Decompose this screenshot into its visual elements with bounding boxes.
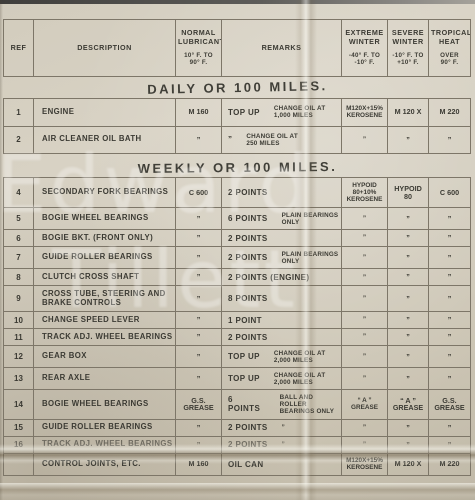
description-cell: TRACK ADJ. WHEEL BEARINGS xyxy=(34,436,176,453)
remark-main: 2 POINTS xyxy=(228,234,268,243)
chart-header-table: REF DESCRIPTION NORMAL LUBRICANT 10° F. … xyxy=(3,19,471,77)
tropical-heat-cell: ” xyxy=(429,286,471,312)
tropical-heat-cell: ” xyxy=(429,329,471,346)
page-top-edge xyxy=(0,0,475,4)
remark-main: 2 POINTS xyxy=(228,188,268,197)
remark-main: 1 POINT xyxy=(228,316,262,325)
daily-section-title: DAILY OR 100 MILES. xyxy=(0,75,475,100)
extreme-winter-cell: ” xyxy=(342,312,388,329)
ref-header-label: REF xyxy=(6,44,31,53)
lubricant-cell: C 600 xyxy=(176,178,222,208)
description-cell: BOGIE WHEEL BEARINGS xyxy=(34,390,176,419)
severe-winter-cell: ” xyxy=(388,208,429,230)
tropical-heat-cell: M 220 xyxy=(429,453,471,476)
normal-lubricant-column-header: NORMAL LUBRICANT 10° F. TO 90° F. xyxy=(176,20,222,77)
table-row: 11TRACK ADJ. WHEEL BEARINGS”2 POINTS””” xyxy=(4,329,471,346)
description-cell: GEAR BOX xyxy=(34,346,176,368)
tropical-heat-cell: ” xyxy=(429,126,471,153)
description-cell: CHANGE SPEED LEVER xyxy=(34,312,176,329)
tropical-heat-column-header: TROPICAL HEAT OVER 90° F. xyxy=(429,20,471,77)
lubricant-cell: ” xyxy=(176,368,222,390)
remarks-cell: ”CHANGE OIL AT 250 MILES xyxy=(222,126,342,153)
remark-main: OIL CAN xyxy=(228,460,264,469)
table-row: 9CROSS TUBE, STEERING AND BRAKE CONTROLS… xyxy=(4,286,471,312)
remarks-cell: 6 POINTSBALL AND ROLLER BEARINGS ONLY xyxy=(222,390,342,419)
table-row: 8CLUTCH CROSS SHAFT”2 POINTS (ENGINE)””” xyxy=(4,269,471,286)
extreme-winter-cell: ” xyxy=(342,286,388,312)
ref-cell: 11 xyxy=(4,329,34,346)
description-cell: ENGINE xyxy=(34,99,176,127)
remarks-cell: 6 POINTSPLAIN BEARINGS ONLY xyxy=(222,208,342,230)
lubricant-cell: ” xyxy=(176,419,222,436)
tropical-heat-cell: ” xyxy=(429,346,471,368)
severe-winter-column-header: SEVERE WINTER -10° F. TO +10° F. xyxy=(388,20,429,77)
remarks-column-header: REMARKS xyxy=(222,20,342,77)
horizontal-crease-bottom xyxy=(0,483,475,500)
remarks-cell: 2 POINTS (ENGINE) xyxy=(222,269,342,286)
ref-cell: 13 xyxy=(4,368,34,390)
severe-winter-cell: ” xyxy=(388,286,429,312)
table-row: 15GUIDE ROLLER BEARINGS”2 POINTS”””” xyxy=(4,419,471,436)
tropical-heat-cell: ” xyxy=(429,230,471,247)
tropical-heat-range: OVER 90° F. xyxy=(431,52,468,67)
remarks-cell: 1 POINT xyxy=(222,312,342,329)
lubricant-cell: ” xyxy=(176,286,222,312)
severe-winter-cell: ” xyxy=(388,126,429,153)
extreme-winter-column-header: EXTREME WINTER -40° F. TO -10° F. xyxy=(342,20,388,77)
extreme-winter-title: EXTREME WINTER xyxy=(344,29,385,46)
ref-cell: 12 xyxy=(4,346,34,368)
remark-main: 2 POINTS (ENGINE) xyxy=(228,273,309,282)
remark-note: ” xyxy=(282,424,285,431)
severe-winter-cell: M 120 X xyxy=(388,453,429,476)
ref-cell: 10 xyxy=(4,312,34,329)
table-row: 13REAR AXLE”TOP UPCHANGE OIL AT 2,000 MI… xyxy=(4,368,471,390)
weekly-table: 4SECONDARY FORK BEARINGSC 6002 POINTSHYP… xyxy=(3,177,471,476)
ref-cell: 8 xyxy=(4,269,34,286)
remarks-cell: OIL CAN xyxy=(222,453,342,476)
extreme-winter-cell: ” xyxy=(342,208,388,230)
remark-note: PLAIN BEARINGS ONLY xyxy=(282,251,339,265)
remarks-cell: 2 POINTS xyxy=(222,178,342,208)
remark-main: 2 POINTS xyxy=(228,440,268,449)
description-cell: CLUTCH CROSS SHAFT xyxy=(34,269,176,286)
description-cell: TRACK ADJ. WHEEL BEARINGS xyxy=(34,329,176,346)
lubricant-cell: ” xyxy=(176,329,222,346)
extreme-winter-cell: ” xyxy=(342,346,388,368)
lubricant-cell: ” xyxy=(176,436,222,453)
tropical-heat-cell: ” xyxy=(429,419,471,436)
normal-lubricant-title: NORMAL LUBRICANT xyxy=(178,29,219,46)
description-cell: SECONDARY FORK BEARINGS xyxy=(34,178,176,208)
remarks-cell: TOP UPCHANGE OIL AT 2,000 MILES xyxy=(222,346,342,368)
tropical-heat-cell: G.S. GREASE xyxy=(429,390,471,419)
tropical-heat-cell: ” xyxy=(429,312,471,329)
remark-main: TOP UP xyxy=(228,108,260,117)
ref-cell: 1 xyxy=(4,99,34,127)
ref-cell: 6 xyxy=(4,230,34,247)
lubricant-cell: ” xyxy=(176,126,222,153)
remark-note: BALL AND ROLLER BEARINGS ONLY xyxy=(280,394,339,415)
table-row: 1ENGINEM 160TOP UPCHANGE OIL AT 1,000 MI… xyxy=(4,99,471,127)
severe-winter-cell: HYPOID 80 xyxy=(388,178,429,208)
severe-winter-title: SEVERE WINTER xyxy=(390,29,426,46)
lubricant-cell: ” xyxy=(176,247,222,269)
table-row: 2AIR CLEANER OIL BATH””CHANGE OIL AT 250… xyxy=(4,126,471,153)
lubricant-cell: G.S. GREASE xyxy=(176,390,222,419)
table-row: 6BOGIE BKT. (FRONT ONLY)”2 POINTS””” xyxy=(4,230,471,247)
description-cell: BOGIE WHEEL BEARINGS xyxy=(34,208,176,230)
severe-winter-cell: ” xyxy=(388,312,429,329)
lubrication-chart-page: REF DESCRIPTION NORMAL LUBRICANT 10° F. … xyxy=(0,0,475,500)
table-row: 12GEAR BOX”TOP UPCHANGE OIL AT 2,000 MIL… xyxy=(4,346,471,368)
remark-main: 2 POINTS xyxy=(228,423,268,432)
lubricant-cell: ” xyxy=(176,230,222,247)
table-row: 14BOGIE WHEEL BEARINGSG.S. GREASE6 POINT… xyxy=(4,390,471,419)
ref-cell xyxy=(4,453,34,476)
ref-cell: 7 xyxy=(4,247,34,269)
severe-winter-range: -10° F. TO +10° F. xyxy=(390,52,426,67)
severe-winter-cell: M 120 X xyxy=(388,99,429,127)
extreme-winter-range: -40° F. TO -10° F. xyxy=(344,52,385,67)
remarks-cell: 2 POINTS xyxy=(222,230,342,247)
table-row: CONTROL JOINTS, ETC.M 160OIL CANM120X+15… xyxy=(4,453,471,476)
table-row: 4SECONDARY FORK BEARINGSC 6002 POINTSHYP… xyxy=(4,178,471,208)
extreme-winter-cell: ” xyxy=(342,247,388,269)
description-cell: AIR CLEANER OIL BATH xyxy=(34,126,176,153)
ref-cell: 5 xyxy=(4,208,34,230)
remark-main: 6 POINTS xyxy=(228,214,268,223)
lubricant-cell: ” xyxy=(176,208,222,230)
extreme-winter-cell: ” xyxy=(342,368,388,390)
daily-table: 1ENGINEM 160TOP UPCHANGE OIL AT 1,000 MI… xyxy=(3,98,471,154)
tropical-heat-cell: ” xyxy=(429,436,471,453)
tropical-heat-cell: ” xyxy=(429,247,471,269)
remark-main: TOP UP xyxy=(228,374,260,383)
remarks-cell: 2 POINTS” xyxy=(222,419,342,436)
tropical-heat-cell: ” xyxy=(429,269,471,286)
severe-winter-cell: ” xyxy=(388,368,429,390)
remarks-cell: 2 POINTS” xyxy=(222,436,342,453)
ref-column-header: REF xyxy=(4,20,34,77)
extreme-winter-cell: ” xyxy=(342,329,388,346)
weekly-section-title: WEEKLY OR 100 MILES. xyxy=(0,158,475,178)
lubricant-cell: ” xyxy=(176,346,222,368)
extreme-winter-cell: ” xyxy=(342,436,388,453)
ref-cell: 4 xyxy=(4,178,34,208)
remark-main: ” xyxy=(228,135,232,144)
remark-note: CHANGE OIL AT 250 MILES xyxy=(246,133,297,147)
lubricant-cell: M 160 xyxy=(176,453,222,476)
extreme-winter-cell: “ A ” GREASE xyxy=(342,390,388,419)
severe-winter-cell: ” xyxy=(388,329,429,346)
remark-main: 6 POINTS xyxy=(228,395,266,413)
description-cell: CONTROL JOINTS, ETC. xyxy=(34,453,176,476)
tropical-heat-title: TROPICAL HEAT xyxy=(431,29,468,46)
remarks-cell: 8 POINTS xyxy=(222,286,342,312)
table-row: 5BOGIE WHEEL BEARINGS”6 POINTSPLAIN BEAR… xyxy=(4,208,471,230)
description-cell: CROSS TUBE, STEERING AND BRAKE CONTROLS xyxy=(34,286,176,312)
remark-main: 2 POINTS xyxy=(228,333,268,342)
remark-note: CHANGE OIL AT 2,000 MILES xyxy=(274,350,325,364)
ref-cell: 16 xyxy=(4,436,34,453)
tropical-heat-cell: C 600 xyxy=(429,178,471,208)
remarks-header-label: REMARKS xyxy=(224,44,339,53)
extreme-winter-cell: ” xyxy=(342,269,388,286)
remark-main: 2 POINTS xyxy=(228,253,268,262)
extreme-winter-cell: M120X+15% KEROSENE xyxy=(342,99,388,127)
remarks-cell: 2 POINTS xyxy=(222,329,342,346)
remarks-cell: TOP UPCHANGE OIL AT 2,000 MILES xyxy=(222,368,342,390)
table-row: 7GUIDE ROLLER BEARINGS”2 POINTSPLAIN BEA… xyxy=(4,247,471,269)
tropical-heat-cell: ” xyxy=(429,208,471,230)
remarks-cell: TOP UPCHANGE OIL AT 1,000 MILES xyxy=(222,99,342,127)
remarks-cell: 2 POINTSPLAIN BEARINGS ONLY xyxy=(222,247,342,269)
description-column-header: DESCRIPTION xyxy=(34,20,176,77)
remark-main: 8 POINTS xyxy=(228,294,268,303)
severe-winter-cell: ” xyxy=(388,436,429,453)
description-header-label: DESCRIPTION xyxy=(36,44,173,53)
ref-cell: 2 xyxy=(4,126,34,153)
description-cell: GUIDE ROLLER BEARINGS xyxy=(34,419,176,436)
severe-winter-cell: ” xyxy=(388,247,429,269)
remark-main: TOP UP xyxy=(228,352,260,361)
extreme-winter-cell: ” xyxy=(342,230,388,247)
severe-winter-cell: ” xyxy=(388,419,429,436)
extreme-winter-cell: M120X+15% KEROSENE xyxy=(342,453,388,476)
tropical-heat-cell: M 220 xyxy=(429,99,471,127)
remark-note: CHANGE OIL AT 1,000 MILES xyxy=(274,105,325,119)
table-row: 10CHANGE SPEED LEVER”1 POINT””” xyxy=(4,312,471,329)
description-cell: REAR AXLE xyxy=(34,368,176,390)
description-cell: GUIDE ROLLER BEARINGS xyxy=(34,247,176,269)
severe-winter-cell: ” xyxy=(388,230,429,247)
ref-cell: 14 xyxy=(4,390,34,419)
table-row: 16TRACK ADJ. WHEEL BEARINGS”2 POINTS”””” xyxy=(4,436,471,453)
ref-cell: 9 xyxy=(4,286,34,312)
lubricant-cell: M 160 xyxy=(176,99,222,127)
tropical-heat-cell: ” xyxy=(429,368,471,390)
remark-note: CHANGE OIL AT 2,000 MILES xyxy=(274,372,325,386)
remark-note: ” xyxy=(282,441,285,448)
header-row: REF DESCRIPTION NORMAL LUBRICANT 10° F. … xyxy=(4,20,471,77)
ref-cell: 15 xyxy=(4,419,34,436)
severe-winter-cell: “ A ” GREASE xyxy=(388,390,429,419)
severe-winter-cell: ” xyxy=(388,346,429,368)
description-cell: BOGIE BKT. (FRONT ONLY) xyxy=(34,230,176,247)
extreme-winter-cell: ” xyxy=(342,126,388,153)
severe-winter-cell: ” xyxy=(388,269,429,286)
lubricant-cell: ” xyxy=(176,269,222,286)
normal-lubricant-range: 10° F. TO 90° F. xyxy=(178,52,219,67)
lubricant-cell: ” xyxy=(176,312,222,329)
extreme-winter-cell: HYPOID 80+10% KEROSENE xyxy=(342,178,388,208)
remark-note: PLAIN BEARINGS ONLY xyxy=(282,212,339,226)
extreme-winter-cell: ” xyxy=(342,419,388,436)
